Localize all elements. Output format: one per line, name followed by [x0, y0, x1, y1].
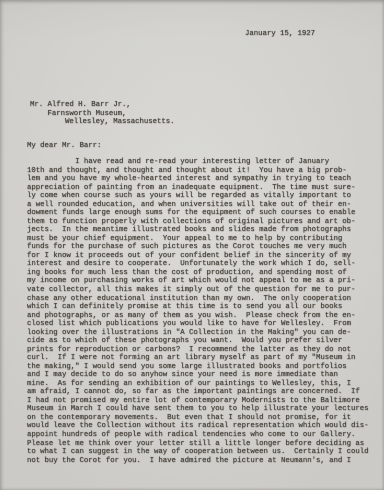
text-line: which I can definitely promise at this t…	[27, 303, 377, 312]
text-line: funds for the purchase of such pictures …	[27, 243, 377, 252]
text-line: and photographs, or as many of them as y…	[27, 312, 377, 321]
text-line: would leave the Collection without its r…	[27, 422, 377, 431]
text-line: looking over the illustrations in "A Col…	[27, 329, 377, 338]
text-line: not buy the Corot for you. I have admire…	[27, 457, 377, 466]
text-line: to what I can suggest in the way of coop…	[27, 448, 377, 457]
text-line: I have read and re-read your interesting…	[27, 158, 377, 167]
text-line: Mr. Alfred H. Barr Jr.,	[30, 101, 175, 110]
text-line: Wellesley, Massachusetts.	[30, 118, 175, 127]
text-line: curl. If I were not forming an art libra…	[27, 354, 377, 363]
letter-body: I have read and re-read your interesting…	[27, 158, 377, 465]
text-line: vate collector, all this makes it simply…	[27, 286, 377, 295]
letter-date: January 15, 1927	[245, 30, 315, 39]
text-line: prints for reproduction or carbons? I re…	[27, 346, 377, 355]
text-line: closed list which publications you would…	[27, 320, 377, 329]
text-line: appoint hundreds of people with radical …	[27, 431, 377, 440]
text-line: Please let me think over your letter sti…	[27, 440, 377, 449]
salutation: My dear Mr. Barr:	[27, 142, 101, 151]
text-line: 10th and thought, and thought and though…	[27, 167, 377, 176]
text-line: cide as to which of these photographs yo…	[27, 337, 377, 346]
text-line: interest and desire to cooperate. Unfort…	[27, 260, 377, 269]
text-line: and I may decide to do so anyhow since y…	[27, 371, 377, 380]
text-line: jects. In the meantime illustrated books…	[27, 226, 377, 235]
text-line: dowment funds large enough sums for the …	[27, 209, 377, 218]
text-line: am afraid, I cannot do, so far as the im…	[27, 388, 377, 397]
recipient-address: Mr. Alfred H. Barr Jr., Farnsworth Museu…	[30, 101, 175, 127]
text-line: a well rounded education, and when unive…	[27, 201, 377, 210]
text-line: chase any other educational institution …	[27, 295, 377, 304]
letter-page: January 15, 1927 Mr. Alfred H. Barr Jr.,…	[0, 0, 384, 490]
text-line: the making," I would send you some large…	[27, 363, 377, 372]
text-line: Museum in March I could have sent them t…	[27, 405, 377, 414]
text-line: my income on purchasing works of art whi…	[27, 277, 377, 286]
text-line: Farnsworth Museum,	[30, 110, 175, 119]
text-line: ly come when course such as yours will b…	[27, 192, 377, 201]
text-line: them to function properly with collectio…	[27, 218, 377, 227]
text-line: appreciation of painting from an inadequ…	[27, 184, 377, 193]
text-line: lem and you have my whole-hearted intere…	[27, 175, 377, 184]
